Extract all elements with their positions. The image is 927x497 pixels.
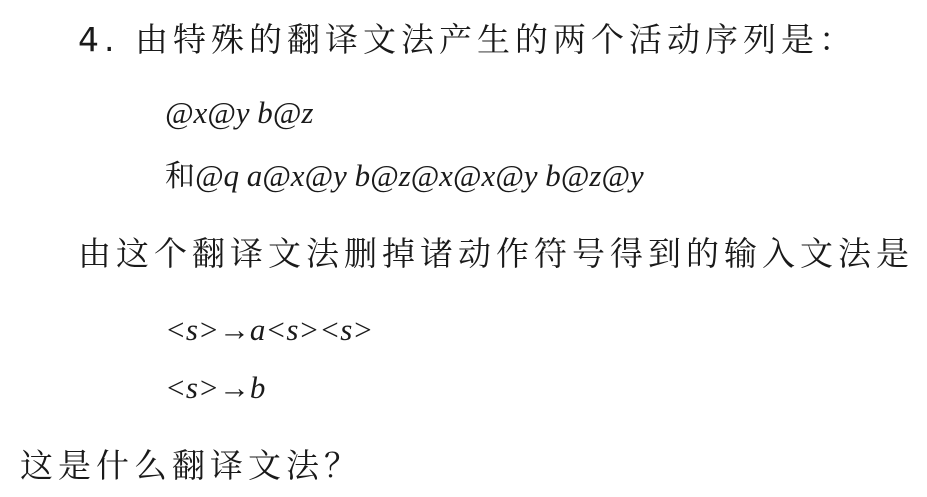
grammar-production-1: <s>→a<s><s> (165, 312, 373, 348)
activity-sequence-2: 和@q a@x@y b@z@x@x@y b@z@y (165, 151, 644, 195)
problem-number: 4. (78, 20, 120, 59)
sequence-text: @x@y b@z (165, 95, 313, 130)
sequence-text: @q a@x@y b@z@x@x@y b@z@y (195, 158, 644, 193)
input-grammar-intro: 由这个翻译文法删掉诸动作符号得到的输入文法是 (78, 228, 914, 275)
activity-sequence-1: @x@y b@z (165, 95, 313, 131)
problem-heading-text: 由特殊的翻译文法产生的两个活动序列是： (135, 20, 857, 59)
question-text: 这是什么翻译文法？ (20, 440, 362, 487)
grammar-production-2: <s>→b (165, 370, 265, 406)
sequence-prefix: 和 (165, 159, 195, 194)
problem-heading: 4. 由特殊的翻译文法产生的两个活动序列是： (78, 14, 857, 61)
